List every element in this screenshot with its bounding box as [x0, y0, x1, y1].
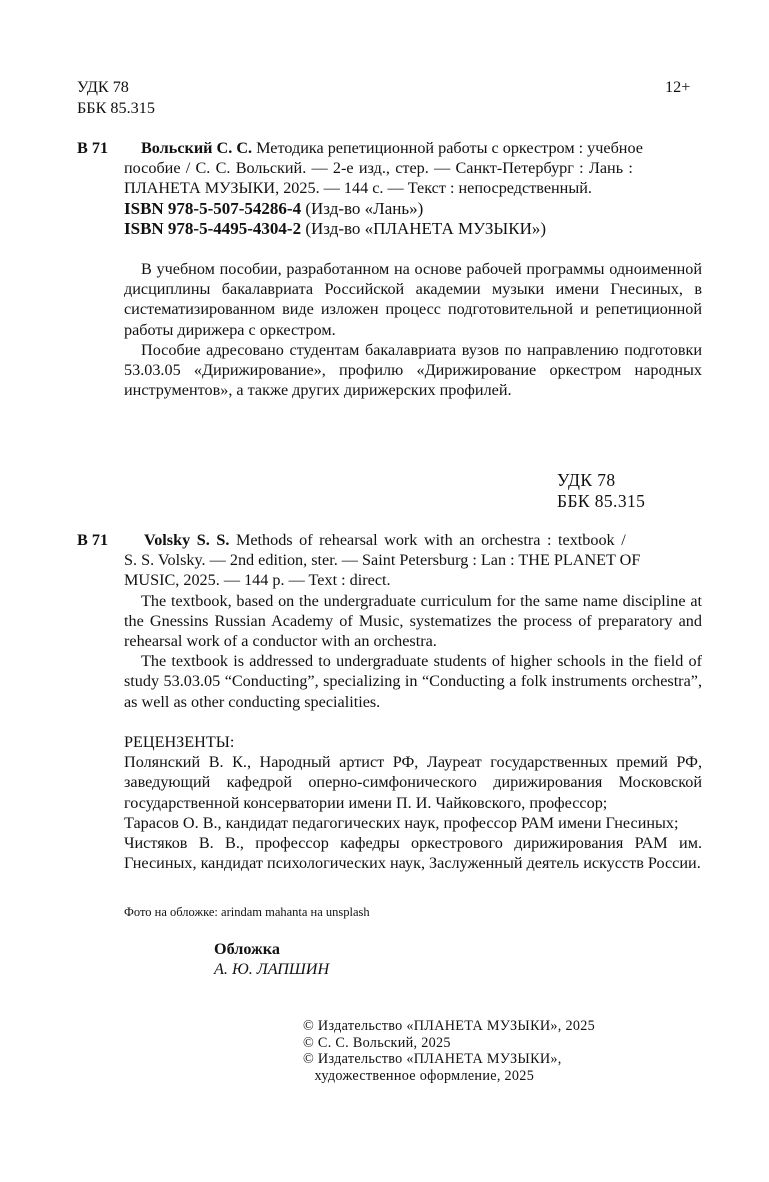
ru-record-line-1: Вольский С. С. Методика репетиционной ра…: [124, 138, 702, 158]
en-abstract-paragraph: The textbook is addressed to undergradua…: [124, 651, 702, 712]
ru-record-line-3: ПЛАНЕТА МУЗЫКИ, 2025. — 144 с. — Текст :…: [124, 178, 702, 198]
reviewer-entry: Чистяков В. В., профессор кафедры оркест…: [124, 833, 702, 873]
en-record-line-1: Volsky S. S. Methods of rehearsal work w…: [124, 530, 702, 550]
en-record: Volsky S. S. Methods of rehearsal work w…: [124, 530, 702, 712]
reviewers: РЕЦЕНЗЕНТЫ: Полянский В. К., Народный ар…: [124, 732, 702, 873]
ru-title: Методика репетиционной работы с оркестро…: [252, 139, 643, 157]
copyright-line: художественное оформление, 2025: [303, 1068, 595, 1085]
classification-right: УДК 78 ББК 85.315: [557, 470, 645, 512]
ru-record-line-2: пособие / С. С. Вольский. — 2-е изд., ст…: [124, 158, 702, 178]
udk-code: УДК 78: [77, 77, 129, 97]
ru-abstract-paragraph: В учебном пособии, разработанном на осно…: [124, 259, 702, 340]
ru-record-code: В 71: [77, 138, 108, 158]
isbn-publisher: (Изд-во «Лань»): [301, 199, 423, 218]
copyright-line: © С. С. Вольский, 2025: [303, 1035, 595, 1052]
cover-label: Обложка: [214, 939, 329, 959]
ru-author: Вольский С. С.: [141, 139, 252, 157]
udk-code: УДК 78: [557, 470, 645, 491]
age-rating: 12+: [665, 77, 690, 97]
reviewers-heading: РЕЦЕНЗЕНТЫ:: [124, 732, 702, 752]
photo-credit: Фото на обложке: arindam mahanta на unsp…: [124, 904, 370, 920]
isbn-number: ISBN 978-5-4495-4304-2: [124, 219, 301, 238]
copyright-block: © Издательство «ПЛАНЕТА МУЗЫКИ», 2025 © …: [303, 1018, 595, 1084]
copyright-line: © Издательство «ПЛАНЕТА МУЗЫКИ», 2025: [303, 1018, 595, 1035]
isbn-lan: ISBN 978-5-507-54286-4 (Изд-во «Лань»): [124, 199, 702, 219]
isbn-planeta: ISBN 978-5-4495-4304-2 (Изд-во «ПЛАНЕТА …: [124, 219, 702, 239]
ru-record: Вольский С. С. Методика репетиционной ра…: [124, 138, 702, 239]
reviewer-entry: Тарасов О. В., кандидат педагогических н…: [124, 813, 702, 833]
isbn-number: ISBN 978-5-507-54286-4: [124, 199, 301, 218]
en-author: Volsky S. S.: [144, 531, 229, 549]
en-record-code: В 71: [77, 530, 108, 550]
en-abstract-paragraph: The textbook, based on the undergraduate…: [124, 591, 702, 652]
copyright-line: © Издательство «ПЛАНЕТА МУЗЫКИ»,: [303, 1051, 595, 1068]
bbk-code: ББК 85.315: [557, 491, 645, 512]
reviewer-entry: Полянский В. К., Народный артист РФ, Лау…: [124, 752, 702, 813]
ru-abstract: В учебном пособии, разработанном на осно…: [124, 259, 702, 400]
bbk-code: ББК 85.315: [77, 98, 155, 118]
cover-designer: А. Ю. ЛАПШИН: [214, 959, 329, 979]
isbn-publisher: (Изд-во «ПЛАНЕТА МУЗЫКИ»): [301, 219, 546, 238]
ru-abstract-paragraph: Пособие адресовано студентам бакалавриат…: [124, 340, 702, 401]
en-record-line-2: S. S. Volsky. — 2nd edition, ster. — Sai…: [124, 550, 702, 570]
en-record-line-3: MUSIC, 2025. — 144 p. — Text : direct.: [124, 570, 702, 590]
en-title: Methods of rehearsal work with an orches…: [229, 531, 625, 549]
cover-credit: Обложка А. Ю. ЛАПШИН: [214, 939, 329, 979]
